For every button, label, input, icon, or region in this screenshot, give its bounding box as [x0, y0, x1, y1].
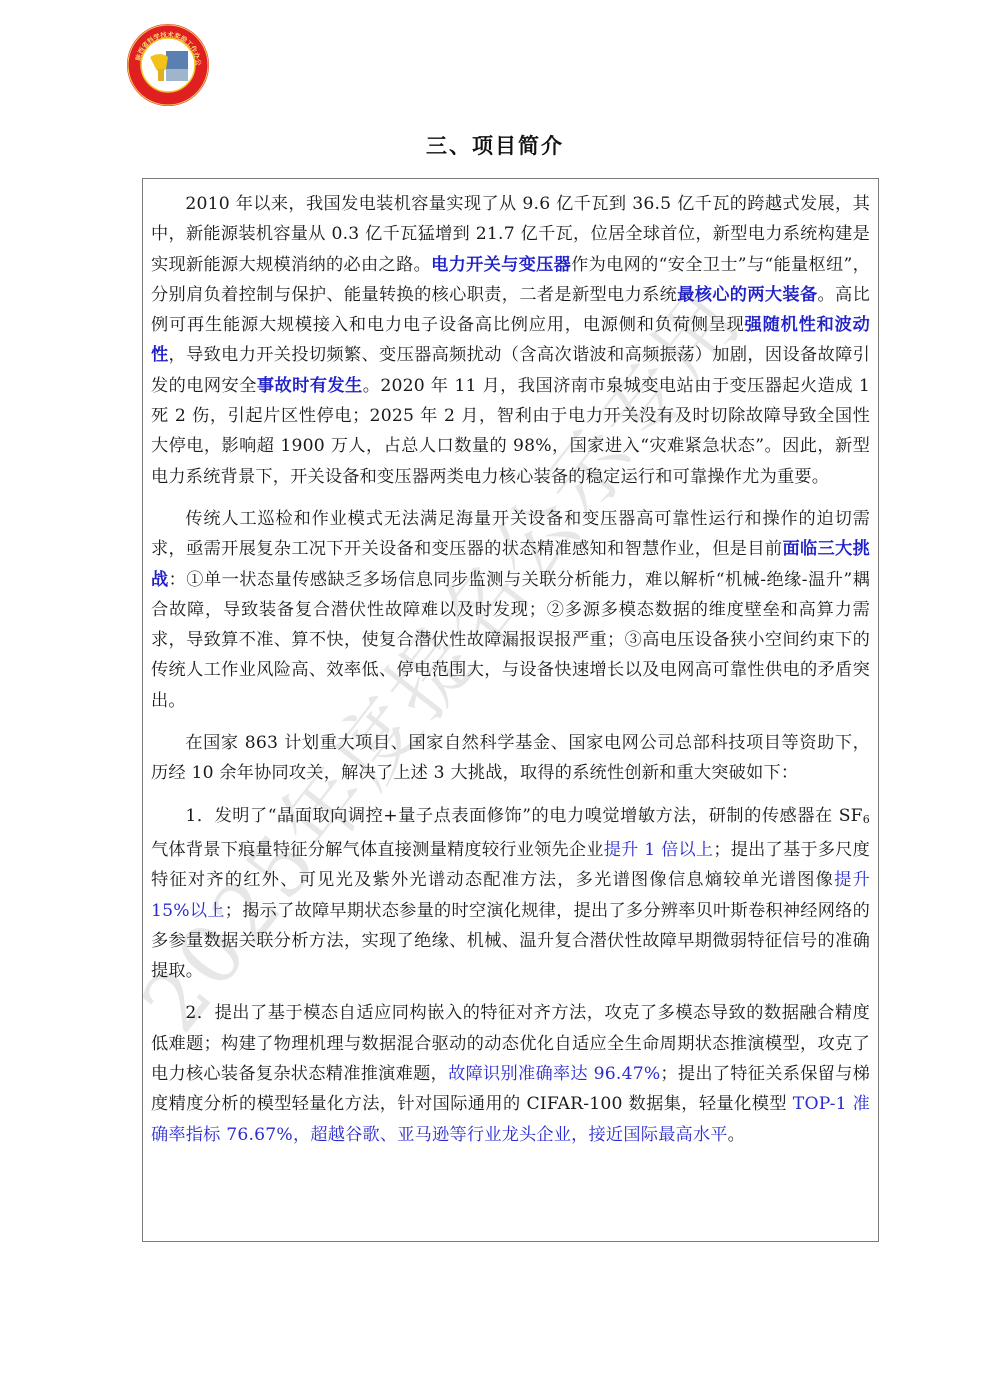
text-run: ：①单一状态量传感缺乏多场信息同步监测与关联分析能力，难以解析“机械-绝缘-温升…	[151, 570, 870, 711]
organization-seal-logo: 陕西省科学技术奖励工作办公室	[126, 23, 210, 107]
summary-paragraph: 2010 年以来，我国发电装机容量实现了从 9.6 亿千瓦到 36.5 亿千瓦的…	[151, 189, 870, 492]
subscript: 6	[863, 813, 870, 826]
project-summary-box: 2010 年以来，我国发电装机容量实现了从 9.6 亿千瓦到 36.5 亿千瓦的…	[142, 178, 879, 1242]
summary-paragraph: 1．发明了“晶面取向调控+量子点表面修饰”的电力嗅觉增敏方法，研制的传感器在 S…	[151, 801, 870, 987]
highlighted-key-phrase: 电力开关与变压器	[431, 255, 571, 275]
text-run: 1．发明了“晶面取向调控+量子点表面修饰”的电力嗅觉增敏方法，研制的传感器在 S…	[185, 806, 862, 826]
text-run: 气体背景下痕量特征分解气体直接测量精度较行业领先企业	[151, 840, 604, 860]
text-run: ；揭示了故障早期状态参量的时空演化规律，提出了多分辨率贝叶斯卷积神经网络的多参量…	[151, 901, 870, 982]
section-title: 三、项目简介	[0, 130, 990, 160]
text-run: 。	[728, 1125, 745, 1145]
summary-paragraph: 传统人工巡检和作业模式无法满足海量开关设备和变压器高可靠性运行和操作的迫切需求，…	[151, 504, 870, 716]
summary-paragraph: 2．提出了基于模态自适应同构嵌入的特征对齐方法，攻克了多模态导致的数据融合精度低…	[151, 998, 870, 1149]
summary-paragraph: 在国家 863 计划重大项目、国家自然科学基金、国家电网公司总部科技项目等资助下…	[151, 728, 870, 789]
highlighted-key-phrase: 最核心的两大装备	[677, 285, 817, 305]
highlighted-metric: 提升 1 倍以上	[604, 840, 714, 860]
text-run: 传统人工巡检和作业模式无法满足海量开关设备和变压器高可靠性运行和操作的迫切需求，…	[151, 509, 870, 559]
highlighted-key-phrase: 事故时有发生	[257, 376, 363, 396]
text-run: 在国家 863 计划重大项目、国家自然科学基金、国家电网公司总部科技项目等资助下…	[151, 733, 870, 783]
highlighted-metric: 故障识别准确率达 96.47%	[448, 1064, 660, 1084]
